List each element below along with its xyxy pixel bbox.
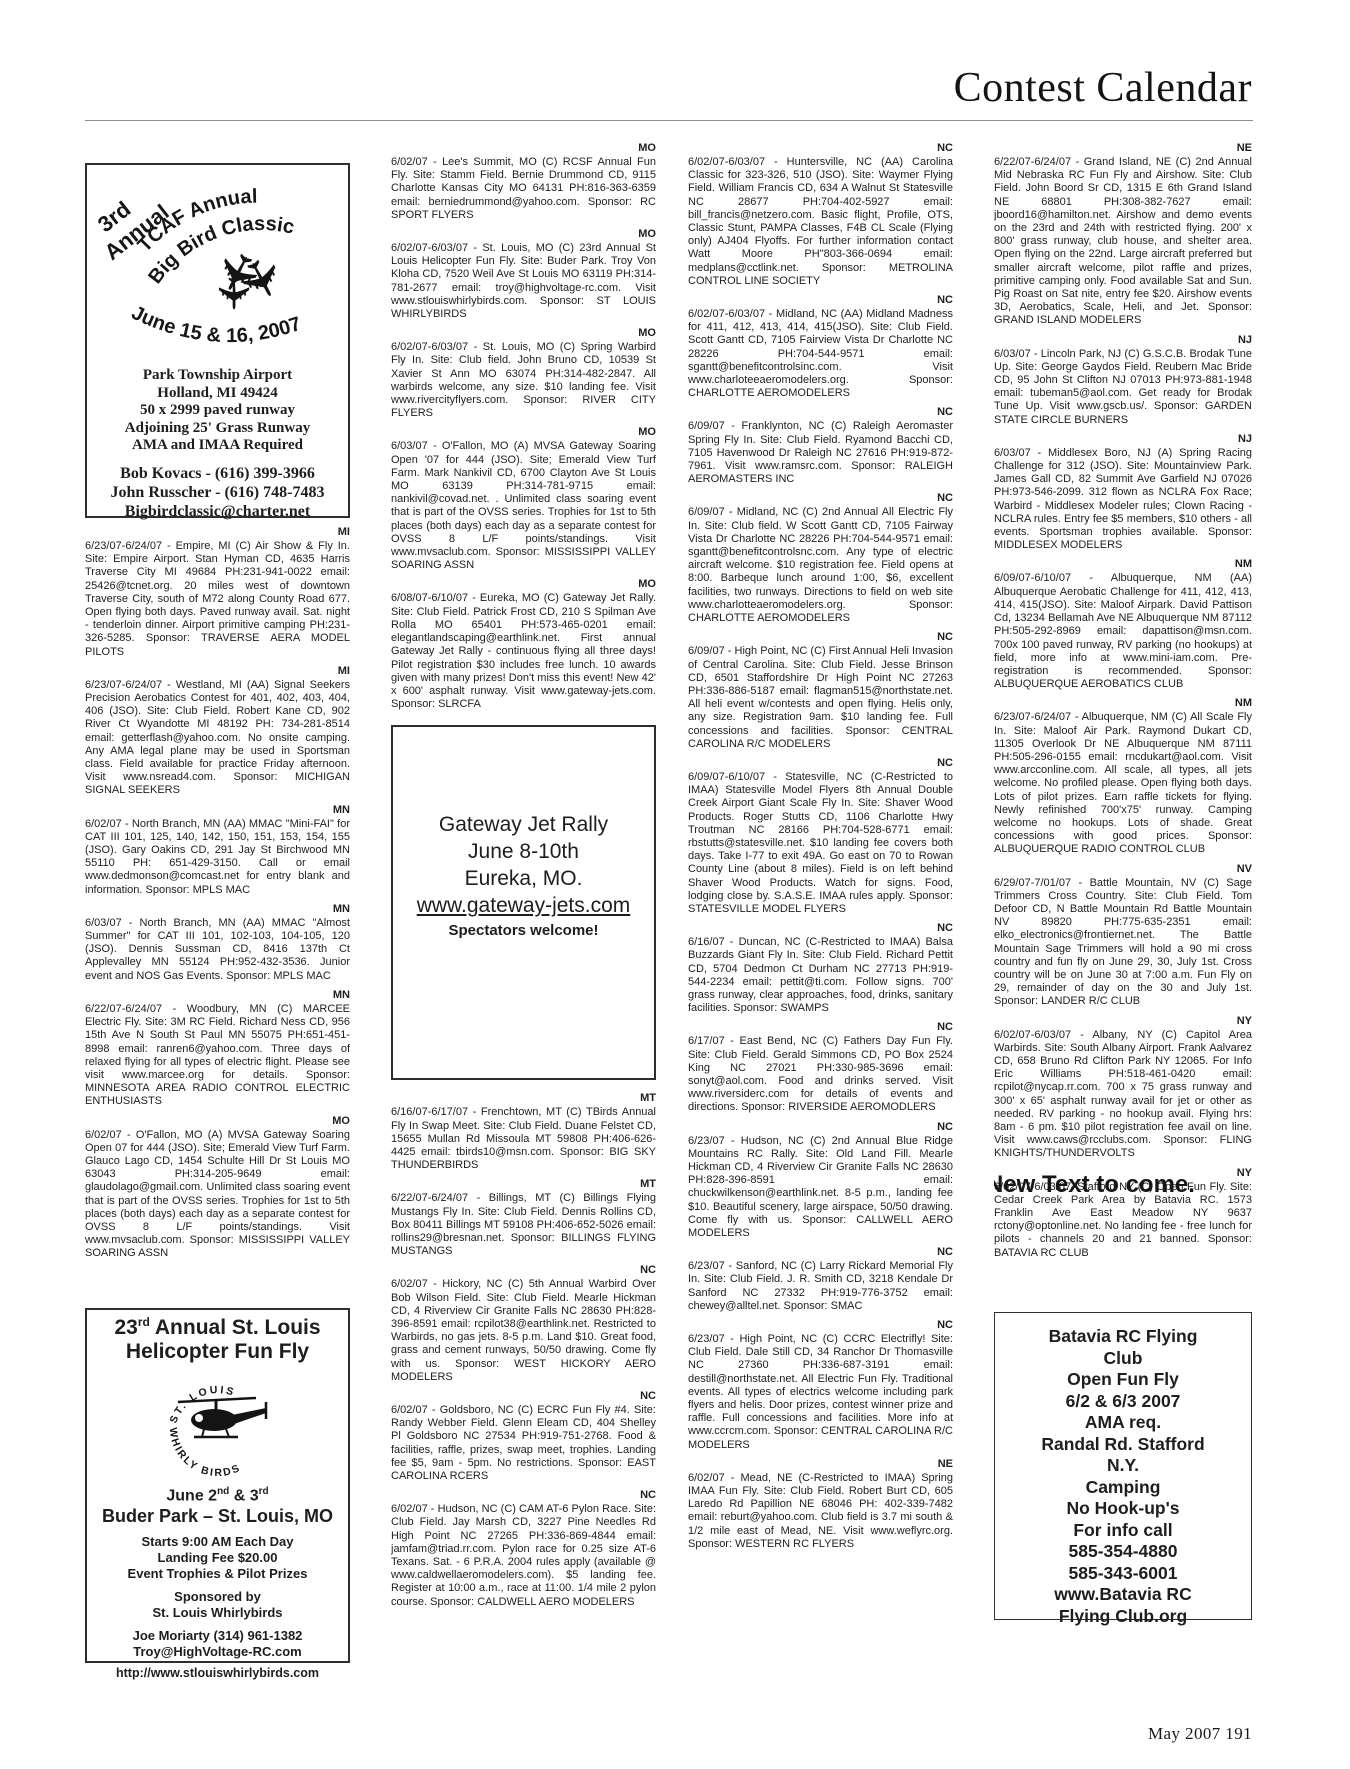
- state-label: NJ: [994, 334, 1252, 347]
- entry-text: 6/09/07-6/10/07 - Albuquerque, NM (AA) A…: [994, 572, 1252, 691]
- entry-text: 6/08/07-6/10/07 - Eureka, MO (C) Gateway…: [391, 592, 656, 711]
- contest-entry: NM 6/23/07-6/24/07 - Albuquerque, NM (C)…: [994, 697, 1252, 856]
- entry-text: 6/02/07-6/03/07 - Midland, NC (AA) Midla…: [688, 308, 953, 400]
- state-label: NC: [688, 142, 953, 155]
- entry-text: 6/02/07 - Mead, NE (C-Restricted to IMAA…: [688, 1472, 953, 1551]
- ad-line: For info call: [995, 1520, 1251, 1542]
- contest-entry: NC 6/02/07-6/03/07 - Huntersville, NC (A…: [688, 142, 953, 288]
- state-label: MO: [85, 1115, 350, 1128]
- state-label: NC: [688, 294, 953, 307]
- ad-line: Randal Rd. Stafford: [995, 1434, 1251, 1456]
- entry-text: 6/02/07 - Hickory, NC (C) 5th Annual War…: [391, 1278, 656, 1384]
- ad-phone: 585-343-6001: [995, 1563, 1251, 1585]
- entry-text: 6/22/07-6/24/07 - Woodbury, MN (C) MARCE…: [85, 1003, 350, 1109]
- state-label: NC: [688, 631, 953, 644]
- contest-entry: MT 6/16/07-6/17/07 - Frenchtown, MT (C) …: [391, 1092, 656, 1172]
- entry-text: 6/23/07-6/24/07 - Westland, MI (AA) Sign…: [85, 679, 350, 798]
- contest-entry: NC 6/23/07 - Sanford, NC (C) Larry Ricka…: [688, 1246, 953, 1313]
- entry-text: 6/22/07-6/24/07 - Billings, MT (C) Billi…: [391, 1192, 656, 1258]
- entry-text: 6/03/07 - North Branch, MN (AA) MMAC "Al…: [85, 917, 350, 983]
- state-label: NC: [391, 1390, 656, 1403]
- contest-entry: MI 6/23/07-6/24/07 - Westland, MI (AA) S…: [85, 665, 350, 798]
- state-label: MN: [85, 989, 350, 1002]
- ad-line: Starts 9:00 AM Each Day: [87, 1534, 348, 1550]
- ad-line: Park Township Airport: [87, 367, 348, 385]
- state-label: MT: [391, 1092, 656, 1105]
- state-label: NC: [688, 1319, 953, 1332]
- entry-text: 6/02/07 - North Branch, MN (AA) MMAC "Mi…: [85, 818, 350, 897]
- entry-text: 6/09/07 - High Point, NC (C) First Annua…: [688, 645, 953, 751]
- ad-line: Sponsored by: [87, 1589, 348, 1605]
- contest-entry: MO 6/02/07 - Lee's Summit, MO (C) RCSF A…: [391, 142, 656, 222]
- contest-entry: NJ 6/03/07 - Middlesex Boro, NJ (A) Spri…: [994, 433, 1252, 553]
- ad-line: Club: [995, 1348, 1251, 1370]
- ad-contact: Bigbirdclassic@charter.net: [87, 502, 348, 521]
- ad-note: Spectators welcome!: [393, 924, 654, 937]
- entry-text: 6/23/07-6/24/07 - Empire, MI (C) Air Sho…: [85, 540, 350, 659]
- contest-entry: NV 6/29/07-7/01/07 - Battle Mountain, NV…: [994, 863, 1252, 1009]
- ad-line: N.Y.: [995, 1455, 1251, 1477]
- state-label: MO: [391, 142, 656, 155]
- ad-contact: John Russcher - (616) 748-7483: [87, 483, 348, 502]
- ad-title: Gateway Jet Rally: [393, 727, 654, 838]
- entry-text: 6/02/07 - Goldsboro, NC (C) ECRC Fun Fly…: [391, 1404, 656, 1483]
- page-footer: May 2007 191: [1148, 1724, 1252, 1744]
- state-label: NC: [688, 492, 953, 505]
- ad-url: www.gateway-jets.com: [393, 892, 654, 919]
- contest-entry: NC 6/09/07 - Franklynton, NC (C) Raleigh…: [688, 406, 953, 486]
- state-label: MO: [391, 228, 656, 241]
- contest-entry: NC 6/23/07 - High Point, NC (C) CCRC Ele…: [688, 1319, 953, 1452]
- state-label: NE: [994, 142, 1252, 155]
- big-bird-emblem-icon: 3rd Annual TCAF Annual Big Bird Classic …: [88, 167, 347, 363]
- state-label: MI: [85, 665, 350, 678]
- entry-text: 6/09/07-6/10/07 - Statesville, NC (C-Res…: [688, 771, 953, 916]
- state-label: NM: [994, 558, 1252, 571]
- state-label: MO: [391, 327, 656, 340]
- contest-entry: NC 6/16/07 - Duncan, NC (C-Restricted to…: [688, 922, 953, 1015]
- ad-line: No Hook-up's: [995, 1498, 1251, 1520]
- state-label: NM: [994, 697, 1252, 710]
- entry-text: 6/09/07 - Franklynton, NC (C) Raleigh Ae…: [688, 420, 953, 486]
- contest-entry: NC 6/23/07 - Hudson, NC (C) 2nd Annual B…: [688, 1121, 953, 1241]
- contest-entry: NC 6/09/07 - Midland, NC (C) 2nd Annual …: [688, 492, 953, 625]
- contest-entry: NC 6/17/07 - East Bend, NC (C) Fathers D…: [688, 1021, 953, 1114]
- column-3: NC 6/02/07-6/03/07 - Huntersville, NC (A…: [688, 140, 953, 1722]
- ad-line: AMA req.: [995, 1412, 1251, 1434]
- contest-entry: MO 6/02/07-6/03/07 - St. Louis, MO (C) 2…: [391, 228, 656, 321]
- entry-text: 6/29/07-7/01/07 - Battle Mountain, NV (C…: [994, 877, 1252, 1009]
- state-label: NC: [688, 757, 953, 770]
- state-label: MO: [391, 578, 656, 591]
- entry-text: 6/02/07-6/03/07 - Albany, NY (C) Capitol…: [994, 1029, 1252, 1161]
- entry-text: 6/02/07-6/03/07 - St. Louis, MO (C) 23rd…: [391, 242, 656, 321]
- ad-venue: Buder Park – St. Louis, MO: [87, 1506, 348, 1527]
- svg-text:WHIRLY BIRDS: WHIRLY BIRDS: [166, 1427, 242, 1476]
- ad-line: Holland, MI 49424: [87, 385, 348, 403]
- contest-entry: NC 6/02/07-6/03/07 - Midland, NC (AA) Mi…: [688, 294, 953, 400]
- ad-line: 6/2 & 6/3 2007: [995, 1391, 1251, 1413]
- entry-text: 6/02/07-6/03/07 - St. Louis, MO (C) Spri…: [391, 341, 656, 420]
- column-4: NE 6/22/07-6/24/07 - Grand Island, NE (C…: [994, 140, 1252, 1722]
- state-label: NC: [688, 1121, 953, 1134]
- entry-text: 6/23/07 - Hudson, NC (C) 2nd Annual Blue…: [688, 1135, 953, 1241]
- ad-line: Event Trophies & Pilot Prizes: [87, 1566, 348, 1582]
- ad-line: Adjoining 25' Grass Runway: [87, 420, 348, 438]
- entry-text: 6/16/07-6/17/07 - Frenchtown, MT (C) TBi…: [391, 1106, 656, 1172]
- ad-email: Troy@HighVoltage-RC.com: [87, 1644, 348, 1660]
- state-label: MN: [85, 903, 350, 916]
- state-label: NE: [688, 1458, 953, 1471]
- batavia-rc-club-ad: Batavia RC Flying Club Open Fun Fly 6/2 …: [994, 1312, 1252, 1620]
- contest-entry: MN 6/02/07 - North Branch, MN (AA) MMAC …: [85, 804, 350, 897]
- contest-entry: NE 6/02/07 - Mead, NE (C-Restricted to I…: [688, 1458, 953, 1551]
- ad-contact: Joe Moriarty (314) 961-1382: [87, 1628, 348, 1644]
- entry-text: 6/17/07 - East Bend, NC (C) Fathers Day …: [688, 1035, 953, 1114]
- page-title: Contest Calendar: [954, 64, 1252, 112]
- magazine-page: { "page": { "title": "Contest Calendar",…: [0, 0, 1350, 1769]
- entry-text: 6/23/07-6/24/07 - Albuquerque, NM (C) Al…: [994, 711, 1252, 856]
- contest-entry: MO 6/02/07-6/03/07 - St. Louis, MO (C) S…: [391, 327, 656, 420]
- contest-entry: NY 6/02/07-6/03/07–Stafford NY (C) Open …: [994, 1167, 1252, 1260]
- ad-url: http://www.stlouiswhirlybirds.com: [87, 1667, 348, 1680]
- entry-text: 6/03/07 - Lincoln Park, NJ (C) G.S.C.B. …: [994, 348, 1252, 427]
- state-label: NY: [994, 1015, 1252, 1028]
- ad-dates: June 8-10th: [393, 838, 654, 865]
- ad-phone: 585-354-4880: [995, 1541, 1251, 1563]
- state-label: NJ: [994, 433, 1252, 446]
- ad-line: Open Fun Fly: [995, 1369, 1251, 1391]
- contest-entry: MI 6/23/07-6/24/07 - Empire, MI (C) Air …: [85, 526, 350, 659]
- column-1: 3rd Annual TCAF Annual Big Bird Classic …: [85, 140, 350, 1722]
- ad-contact: Bob Kovacs - (616) 399-3966: [87, 464, 348, 483]
- ad-location: Eureka, MO.: [393, 865, 654, 892]
- state-label: MI: [85, 526, 350, 539]
- contest-entry: NC 6/09/07 - High Point, NC (C) First An…: [688, 631, 953, 751]
- entry-text: 6/02/07 - Hudson, NC (C) CAM AT-6 Pylon …: [391, 1503, 656, 1609]
- ad-line: Camping: [995, 1477, 1251, 1499]
- contest-entry: MO 6/08/07-6/10/07 - Eureka, MO (C) Gate…: [391, 578, 656, 711]
- entry-text: 6/22/07-6/24/07 - Grand Island, NE (C) 2…: [994, 156, 1252, 328]
- ad-line: 50 x 2999 paved runway: [87, 402, 348, 420]
- ad-title: Helicopter Fun Fly: [87, 1340, 348, 1364]
- contest-entry: MO 6/02/07 - O'Fallon, MO (A) MVSA Gatew…: [85, 1115, 350, 1261]
- state-label: NC: [391, 1489, 656, 1502]
- contest-entry: NJ 6/03/07 - Lincoln Park, NJ (C) G.S.C.…: [994, 334, 1252, 427]
- state-label: MT: [391, 1178, 656, 1191]
- state-label: NC: [688, 922, 953, 935]
- whirlybirds-helicopter-icon: ST. LOUIS WHIRLY BIRDS: [154, 1366, 282, 1476]
- state-label: NC: [688, 1246, 953, 1259]
- gateway-jet-rally-ad: Gateway Jet Rally June 8-10th Eureka, MO…: [391, 725, 656, 1080]
- entry-text: 6/23/07 - High Point, NC (C) CCRC Electr…: [688, 1333, 953, 1452]
- warbird-planes-icon: ✈ ✈ ✈: [200, 239, 295, 313]
- contest-entry: NC 6/02/07 - Hickory, NC (C) 5th Annual …: [391, 1264, 656, 1384]
- state-label: NC: [688, 1021, 953, 1034]
- entry-text: 6/09/07 - Midland, NC (C) 2nd Annual All…: [688, 506, 953, 625]
- state-label: MN: [85, 804, 350, 817]
- contest-entry: MN 6/22/07-6/24/07 - Woodbury, MN (C) MA…: [85, 989, 350, 1109]
- entry-text: 6/23/07 - Sanford, NC (C) Larry Rickard …: [688, 1260, 953, 1313]
- big-bird-classic-ad: 3rd Annual TCAF Annual Big Bird Classic …: [85, 163, 350, 518]
- ad-line: Landing Fee $20.00: [87, 1550, 348, 1566]
- state-label: NC: [391, 1264, 656, 1277]
- header-divider: [85, 120, 1253, 121]
- ad-url: www.Batavia RC: [995, 1584, 1251, 1606]
- entry-text: 6/02/07 - O'Fallon, MO (A) MVSA Gateway …: [85, 1129, 350, 1261]
- entry-text: 6/02/07-6/03/07 - Huntersville, NC (AA) …: [688, 156, 953, 288]
- ad-title: 23rd Annual St. Louis: [87, 1310, 348, 1340]
- entry-text: 6/03/07 - O'Fallon, MO (A) MVSA Gateway …: [391, 440, 656, 572]
- contest-entry: NC 6/02/07 - Goldsboro, NC (C) ECRC Fun …: [391, 1390, 656, 1483]
- new-text-placeholder: New Text to come.: [994, 1178, 1252, 1191]
- contest-entry: NY 6/02/07-6/03/07 - Albany, NY (C) Capi…: [994, 1015, 1252, 1161]
- contest-entry: MO 6/03/07 - O'Fallon, MO (A) MVSA Gatew…: [391, 426, 656, 572]
- entry-text: 6/16/07 - Duncan, NC (C-Restricted to IM…: [688, 936, 953, 1015]
- state-label: NV: [994, 863, 1252, 876]
- contest-entry: NM 6/09/07-6/10/07 - Albuquerque, NM (AA…: [994, 558, 1252, 691]
- ad-url: Flying Club.org: [995, 1606, 1251, 1628]
- ad-dates: June 2nd & 3rd: [87, 1482, 348, 1505]
- state-label: MO: [391, 426, 656, 439]
- contest-entry: NC 6/09/07-6/10/07 - Statesville, NC (C-…: [688, 757, 953, 916]
- state-label: NC: [688, 406, 953, 419]
- contest-entry: MN 6/03/07 - North Branch, MN (AA) MMAC …: [85, 903, 350, 983]
- contest-entry: NE 6/22/07-6/24/07 - Grand Island, NE (C…: [994, 142, 1252, 328]
- entry-text: 6/03/07 - Middlesex Boro, NJ (A) Spring …: [994, 447, 1252, 553]
- ad-line: AMA and IMAA Required: [87, 437, 348, 455]
- column-2: MO 6/02/07 - Lee's Summit, MO (C) RCSF A…: [391, 140, 656, 1722]
- ad-sponsor: St. Louis Whirlybirds: [87, 1605, 348, 1621]
- contest-entry: NC 6/02/07 - Hudson, NC (C) CAM AT-6 Pyl…: [391, 1489, 656, 1609]
- contest-entry: MT 6/22/07-6/24/07 - Billings, MT (C) Bi…: [391, 1178, 656, 1258]
- st-louis-helicopter-ad: 23rd Annual St. Louis Helicopter Fun Fly…: [85, 1308, 350, 1663]
- entry-text: 6/02/07 - Lee's Summit, MO (C) RCSF Annu…: [391, 156, 656, 222]
- ad-line: Batavia RC Flying: [995, 1326, 1251, 1348]
